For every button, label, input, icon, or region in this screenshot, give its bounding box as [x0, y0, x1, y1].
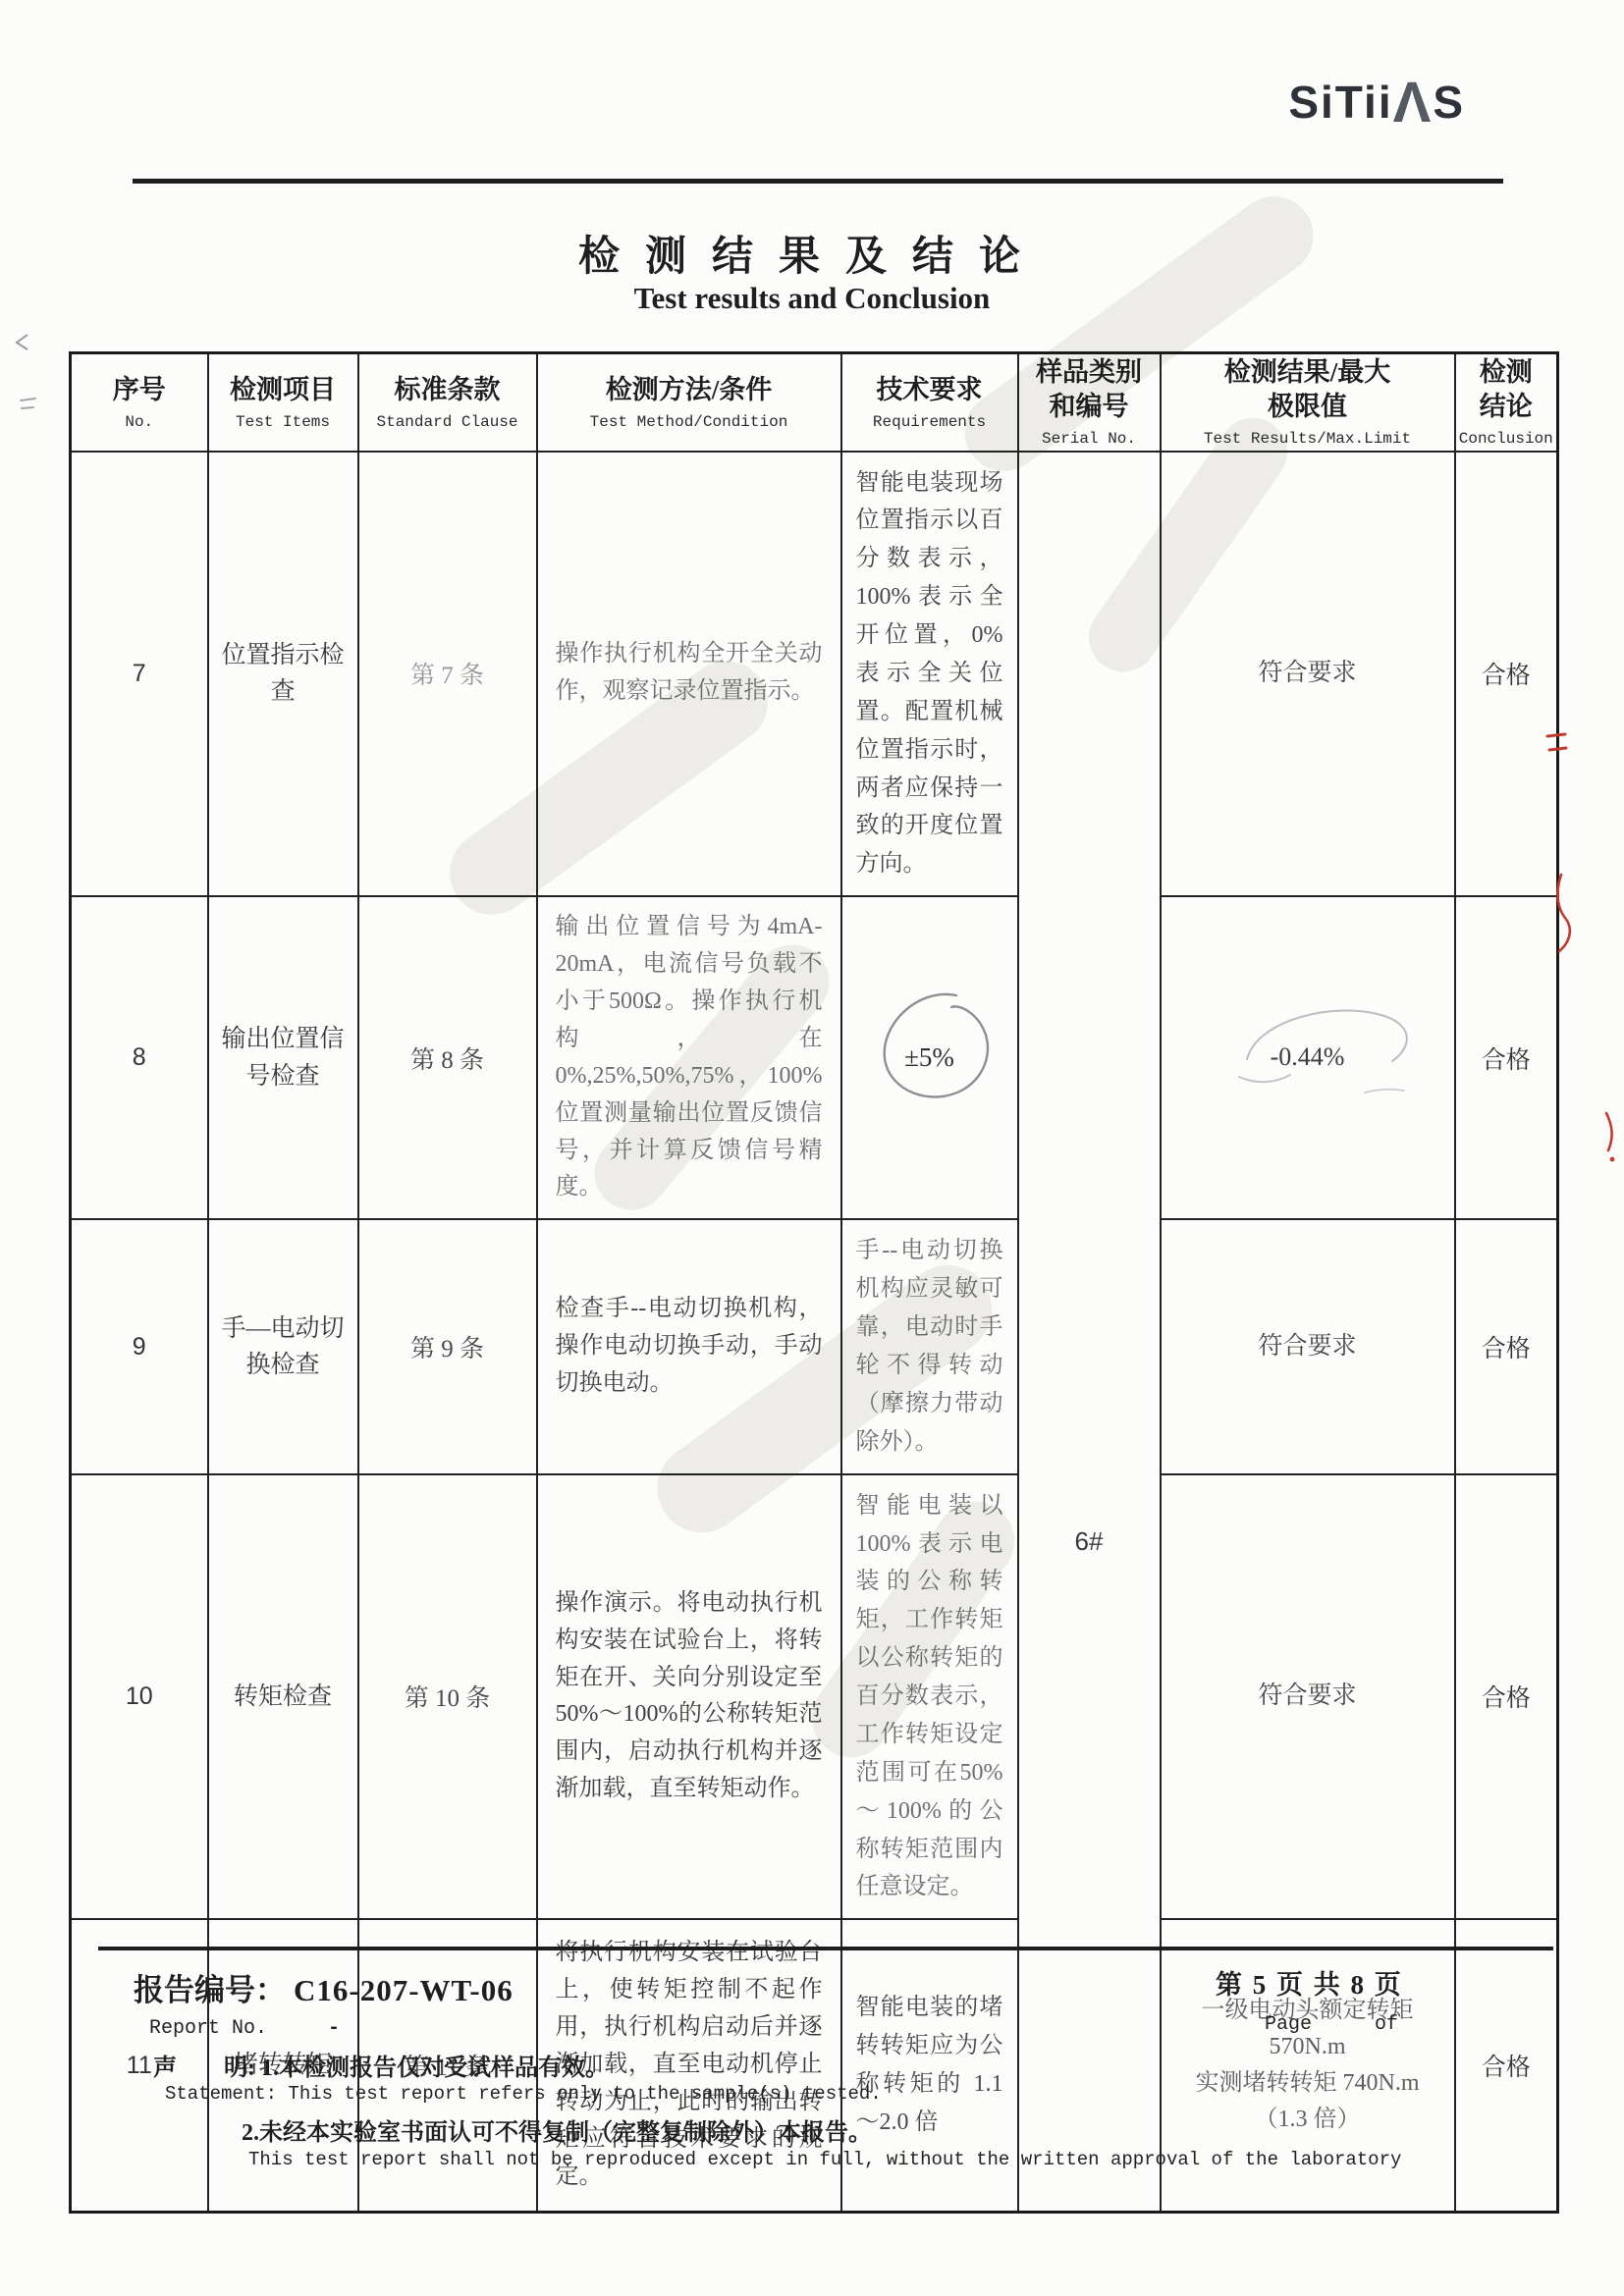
report-number-en-value: -: [328, 2017, 340, 2040]
result-line: （1.3 倍）: [1173, 2102, 1442, 2138]
page-title-zh: 检测结果及结论: [0, 224, 1624, 283]
header-conclusion: 检测结论Conclusion: [1455, 353, 1558, 452]
requirement-value: ±5%: [904, 1042, 954, 1072]
red-pen-mark: [1542, 728, 1571, 768]
pencil-mark: [10, 330, 35, 355]
page-title-en: Test results and Conclusion: [0, 281, 1624, 316]
cell-requirement: 手--电动切换机构应灵敏可靠，电动时手轮不得转动（摩擦力带动除外）。: [841, 1219, 1018, 1473]
cell-result: 符合要求: [1161, 1474, 1455, 1920]
cell-no: 7: [71, 452, 208, 897]
statement-line-1-en: Statement: This test report refers only …: [165, 2083, 882, 2105]
table-row: 9 手—电动切换检查 第 9 条 检查手--电动切换机构，操作电动切换手动，手动…: [71, 1219, 1558, 1473]
cell-result: -0.44%: [1161, 896, 1455, 1219]
cell-clause: 第 10 条: [358, 1474, 537, 1920]
statement-line-2-en: This test report shall not be reproduced…: [248, 2149, 1401, 2170]
report-number-value: C16-207-WT-06: [294, 1973, 514, 2007]
page-label-en: Page: [1265, 2013, 1312, 2036]
page-of-label-en: of: [1375, 2013, 1398, 2036]
logo-text-1: SiTii: [1288, 77, 1392, 128]
statement-line-1: 声 明: 1.本检测报告仅对受试样品有效。: [153, 2048, 609, 2082]
cell-method: 操作演示。将电动执行机构安装在试验台上，将转矩在开、关向分别设定至 50%～10…: [537, 1474, 841, 1920]
cell-conclusion: 合格: [1455, 1474, 1558, 1920]
page-indicator: 第 5 页 共 8 页: [1216, 1963, 1403, 2002]
logo-triangle-a: Λ: [1393, 71, 1434, 134]
report-page: SiTiiΛS 检测结果及结论 Test results and Conclus…: [0, 0, 1624, 2296]
cell-item: 转矩检查: [208, 1474, 358, 1920]
pencil-mark: [16, 393, 41, 414]
cell-requirement: 智能电装以100%表示电装的公称转矩，工作转矩以公称转矩的百分数表示，工作转矩设…: [841, 1474, 1018, 1920]
cell-no: 10: [71, 1474, 208, 1920]
report-number-en: Report No.-: [149, 2017, 340, 2040]
header-test-results: 检测结果/最大极限值Test Results/Max.Limit: [1161, 353, 1455, 452]
header-divider: [133, 179, 1503, 184]
table-row: 8 输出位置信号检查 第 8 条 输出位置信号为4mA-20mA，电流信号负载不…: [71, 896, 1558, 1219]
statement-label: 声 明:: [153, 2056, 255, 2081]
footer-divider: [98, 1947, 1553, 1950]
test-results-table: 序号No. 检测项目Test Items 标准条款Standard Clause…: [69, 351, 1559, 2214]
cell-conclusion: 合格: [1455, 896, 1558, 1219]
header-no: 序号No.: [71, 353, 208, 452]
header-serial-no: 样品类别和编号Serial No.: [1018, 353, 1161, 452]
header-standard-clause: 标准条款Standard Clause: [358, 353, 537, 452]
result-line: 实测堵转转矩 740N.m: [1173, 2065, 1442, 2102]
cell-item: 手—电动切换检查: [208, 1219, 358, 1473]
header-test-method: 检测方法/条件Test Method/Condition: [537, 353, 841, 452]
cell-clause: 第 9 条: [358, 1219, 537, 1473]
result-value: -0.44%: [1271, 1042, 1345, 1071]
cell-method: 检查手--电动切换机构，操作电动切换手动，手动切换电动。: [537, 1219, 841, 1473]
header-test-items: 检测项目Test Items: [208, 353, 358, 452]
table-header-row: 序号No. 检测项目Test Items 标准条款Standard Clause…: [71, 353, 1558, 452]
cell-requirement: ±5%: [841, 896, 1018, 1219]
cell-result: 符合要求: [1161, 1219, 1455, 1473]
report-number-line: 报告编号：C16-207-WT-06: [134, 1965, 514, 2009]
table-row: 10 转矩检查 第 10 条 操作演示。将电动执行机构安装在试验台上，将转矩在开…: [71, 1474, 1558, 1920]
report-number-label: 报告编号：: [134, 1973, 286, 2007]
cell-conclusion: 合格: [1455, 452, 1558, 897]
logo-text-2: S: [1433, 77, 1465, 128]
company-logo: SiTiiΛS: [1288, 75, 1465, 132]
red-pen-mark: [1597, 1107, 1624, 1166]
red-pen-mark: [1547, 869, 1581, 957]
cell-conclusion: 合格: [1455, 1919, 1558, 2212]
cell-result: 符合要求: [1161, 452, 1455, 897]
header-requirements: 技术要求Requirements: [841, 353, 1018, 452]
cell-method: 输出位置信号为4mA-20mA，电流信号负载不小于500Ω。操作执行机构，在 0…: [537, 896, 841, 1219]
cell-item: 输出位置信号检查: [208, 896, 358, 1219]
cell-clause: 第 8 条: [358, 896, 537, 1219]
cell-requirement: 智能电装现场位置指示以百分数表示，100%表示全开位置，0%表示全关位置。配置机…: [841, 452, 1018, 897]
table-row: 7 位置指示检查 第 7 条 操作执行机构全开全关动作，观察记录位置指示。 智能…: [71, 452, 1558, 897]
statement-line-2: 2.未经本实验室书面认可不得复制（完整复制除外）本报告。: [242, 2112, 872, 2147]
cell-method: 操作执行机构全开全关动作，观察记录位置指示。: [537, 452, 841, 897]
cell-no: 9: [71, 1219, 208, 1473]
cell-clause: 第 7 条: [358, 452, 537, 897]
cell-no: 8: [71, 896, 208, 1219]
cell-conclusion: 合格: [1455, 1219, 1558, 1473]
cell-item: 位置指示检查: [208, 452, 358, 897]
